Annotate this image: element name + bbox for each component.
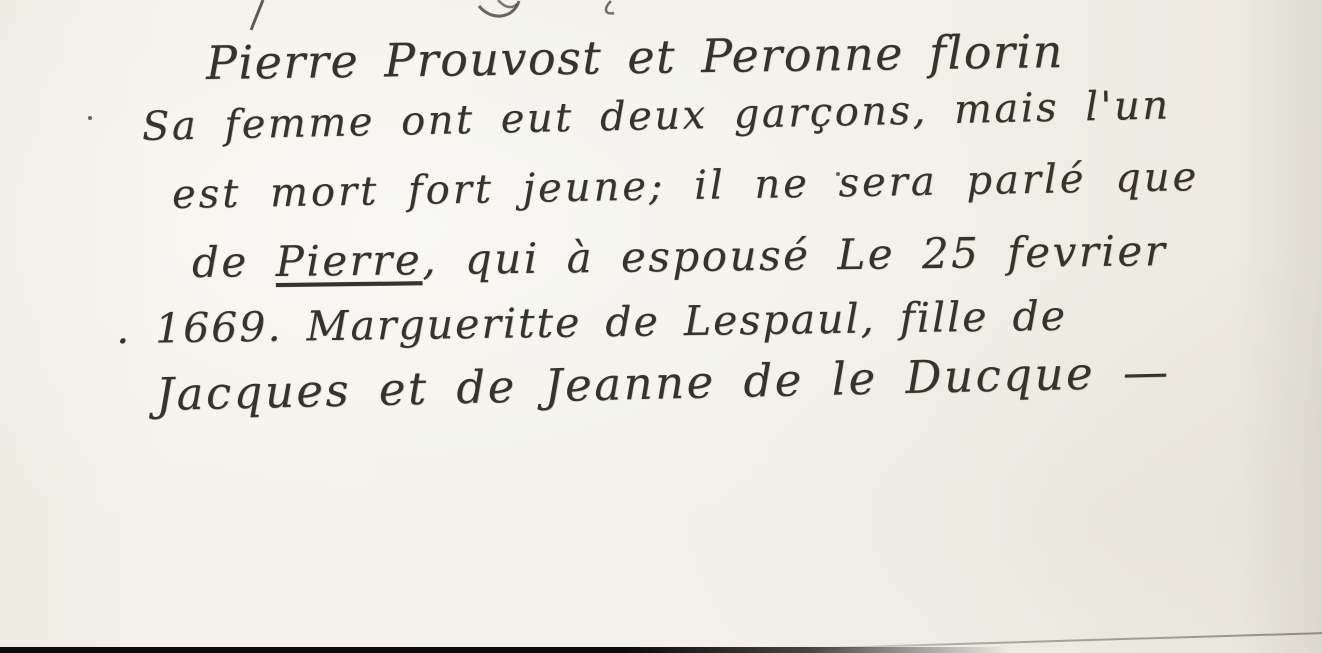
underlined-name-pierre: Pierre [275,235,422,286]
paper-edge-shadow [1238,0,1322,653]
manuscript-line-6: Jacques et de Jeanne de le Ducque — [155,345,1171,421]
ink-speck [88,116,92,120]
manuscript-line-4: de Pierre, qui à espousé Le 25 fevrier [192,226,1168,287]
scanner-edge-bar [0,647,1010,653]
manuscript-line-4-post: , qui à espousé Le 25 fevrier [422,226,1168,284]
manuscript-scan: Pierre Prouvost et Peronne florin Sa fem… [0,0,1322,653]
manuscript-line-4-pre: de [192,237,276,287]
manuscript-line-2: Sa femme ont eut deux garçons, mais l'un [142,82,1172,150]
manuscript-line-3: est mort fort jeune; il ne sera parlé qu… [172,154,1200,218]
manuscript-line-1: Pierre Prouvost et Peronne florin [206,24,1065,90]
manuscript-line-5: . 1669. Margueritte de Lespaul, fille de [116,292,1068,353]
